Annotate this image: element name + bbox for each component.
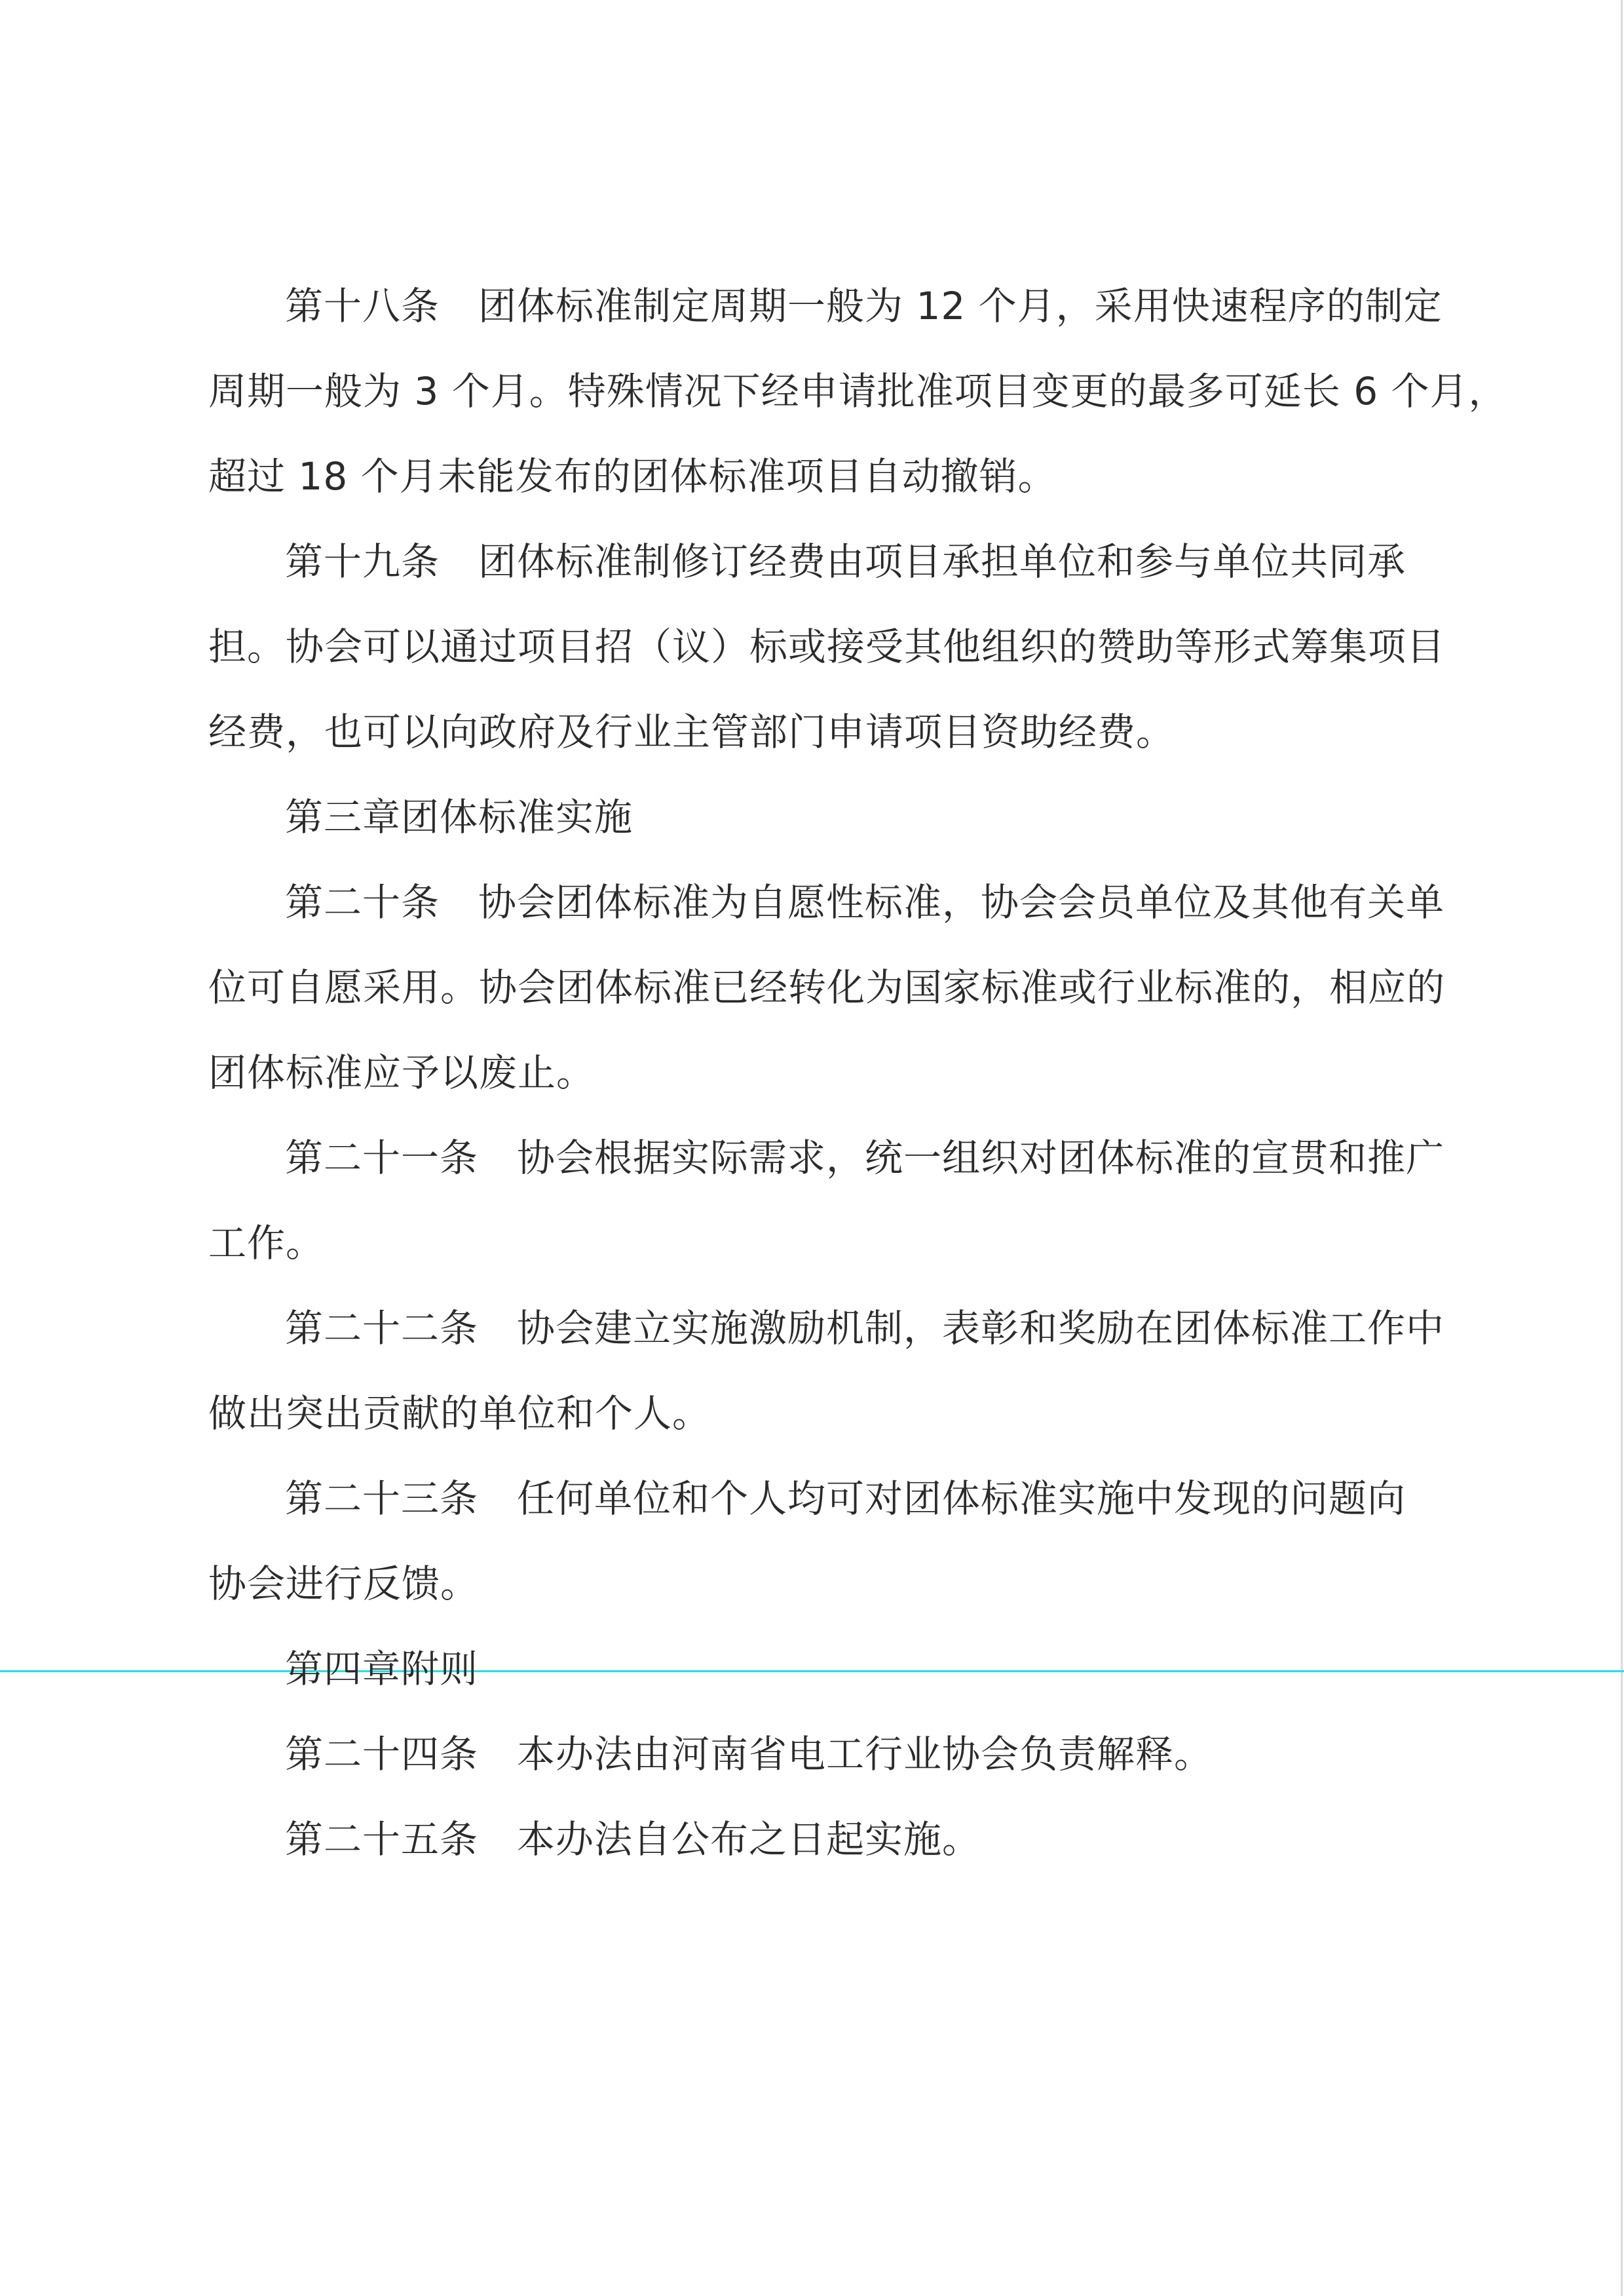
article-24-line-1: 第二十四条 本办法由河南省电工行业协会负责解释。 <box>285 1731 1213 1777</box>
chapter-3-heading: 第三章团体标准实施 <box>285 794 633 840</box>
article-21-line-2: 工作。 <box>208 1220 324 1266</box>
chapter-4-heading: 第四章附则 <box>285 1646 478 1692</box>
article-20-line-2: 位可自愿采用。协会团体标准已经转化为国家标准或行业标准的，相应的 <box>208 965 1445 1010</box>
article-20-line-3: 团体标准应予以废止。 <box>208 1050 595 1096</box>
article-19-line-3: 经费，也可以向政府及行业主管部门申请项目资助经费。 <box>208 709 1175 755</box>
document-page: 第十八条 团体标准制定周期一般为 12 个月，采用快速程序的制定 周期一般为 3… <box>0 0 1624 2296</box>
article-19-line-2: 担。协会可以通过项目招（议）标或接受其他组织的赞助等形式筹集项目 <box>208 624 1445 670</box>
article-22-line-2: 做出突出贡献的单位和个人。 <box>208 1390 711 1436</box>
article-23-line-2: 协会进行反馈。 <box>208 1561 479 1607</box>
scan-edge-line <box>1621 0 1623 2296</box>
article-18-line-2: 周期一般为 3 个月。特殊情况下经申请批准项目变更的最多可延长 6 个月， <box>208 368 1507 414</box>
article-22-line-1: 第二十二条 协会建立实施激励机制，表彰和奖励在团体标准工作中 <box>285 1305 1445 1351</box>
article-18-line-1: 第十八条 团体标准制定周期一般为 12 个月，采用快速程序的制定 <box>285 283 1443 329</box>
article-23-line-1: 第二十三条 任何单位和个人均可对团体标准实施中发现的问题向 <box>285 1476 1406 1521</box>
article-19-line-1: 第十九条 团体标准制修订经费由项目承担单位和参与单位共同承 <box>285 539 1406 584</box>
article-20-line-1: 第二十条 协会团体标准为自愿性标准，协会会员单位及其他有关单 <box>285 879 1445 925</box>
article-21-line-1: 第二十一条 协会根据实际需求，统一组织对团体标准的宣贯和推广 <box>285 1135 1445 1181</box>
article-18-line-3: 超过 18 个月未能发布的团体标准项目自动撤销。 <box>208 453 1057 499</box>
scan-artifact-line <box>0 1670 1624 1672</box>
article-25-line-1: 第二十五条 本办法自公布之日起实施。 <box>285 1816 981 1862</box>
